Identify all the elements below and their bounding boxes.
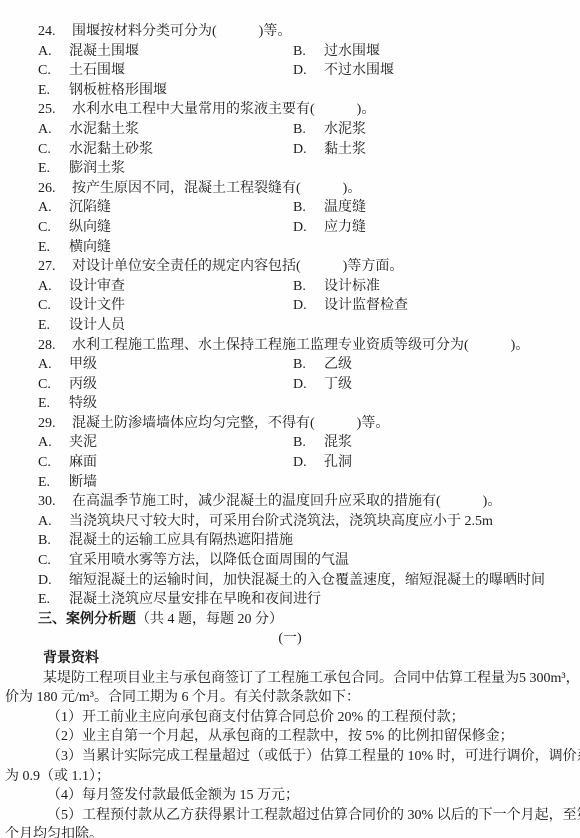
option-text: 沉陷缝 bbox=[69, 200, 111, 215]
option-row: C.麻面D.孔洞 bbox=[0, 453, 580, 473]
option-b: B.混浆 bbox=[293, 433, 352, 453]
option-label: A. bbox=[38, 433, 69, 453]
option-row: A.水泥黏土浆B.水泥浆 bbox=[0, 120, 580, 140]
option-row: A.当浇筑块尺寸较大时，可采用台阶式浇筑法，浇筑块高度应小于 2.5m bbox=[0, 512, 580, 532]
option-text: 过水围堰 bbox=[324, 44, 380, 59]
option-text: 横向缝 bbox=[69, 240, 111, 255]
question-stem: 按产生原因不同，混凝土工程裂缝有( )。 bbox=[72, 181, 361, 196]
option-label: D. bbox=[293, 453, 324, 473]
option-row: C.丙级D.丁级 bbox=[0, 375, 580, 395]
option-row: A.沉陷缝B.温度缝 bbox=[0, 198, 580, 218]
option-e: E.断墙 bbox=[38, 475, 97, 490]
option-text: 温度缝 bbox=[324, 200, 366, 215]
option-text: 缩短混凝土的运输时间，加快混凝土的入仓覆盖速度，缩短混凝土的曝晒时间 bbox=[69, 573, 545, 588]
option-b: B.设计标准 bbox=[293, 277, 380, 297]
option-e: E.横向缝 bbox=[38, 240, 111, 255]
option-row: A.甲级B.乙级 bbox=[0, 355, 580, 375]
option-text: 混浆 bbox=[324, 435, 352, 450]
option-row: C.宜采用喷水雾等方法，以降低仓面周围的气温 bbox=[0, 551, 580, 571]
option-label: E. bbox=[38, 473, 69, 493]
option-e: E.膨润土浆 bbox=[38, 161, 125, 176]
option-e: E.钢板桩格形围堰 bbox=[38, 83, 167, 98]
option-b: B.温度缝 bbox=[293, 198, 366, 218]
option-text: 不过水围堰 bbox=[324, 63, 394, 78]
option-text: 甲级 bbox=[69, 357, 97, 372]
question-number: 24. bbox=[38, 22, 72, 42]
option-d: D.黏土浆 bbox=[293, 140, 366, 160]
option-label: D. bbox=[293, 218, 324, 238]
option-row: E.特级 bbox=[0, 394, 580, 414]
question-number: 28. bbox=[38, 336, 72, 356]
option-label: C. bbox=[38, 218, 69, 238]
option-label: E. bbox=[38, 238, 69, 258]
option-text: 混凝土浇筑应尽量安排在早晚和夜间进行 bbox=[69, 592, 321, 607]
option-text: 水泥浆 bbox=[324, 122, 366, 137]
option-row: A.混凝土围堰B.过水围堰 bbox=[0, 42, 580, 62]
option-label: B. bbox=[293, 433, 324, 453]
option-label: E. bbox=[38, 159, 69, 179]
background-line: （5）工程预付款从乙方获得累计工程款超过估算合同价的 30% 以后的下一个月起，… bbox=[0, 806, 580, 826]
option-label: E. bbox=[38, 316, 69, 336]
option-label: C. bbox=[38, 453, 69, 473]
question-number: 29. bbox=[38, 414, 72, 434]
option-row: C.水泥黏土砂浆D.黏土浆 bbox=[0, 140, 580, 160]
option-row: C.土石围堰D.不过水围堰 bbox=[0, 61, 580, 81]
option-d: D.缩短混凝土的运输时间，加快混凝土的入仓覆盖速度，缩短混凝土的曝晒时间 bbox=[38, 573, 545, 588]
question-stem: 混凝土防渗墙墙体应均匀完整，不得有( )等。 bbox=[72, 416, 389, 431]
question-number: 30. bbox=[38, 492, 72, 512]
option-row: C.设计文件D.设计监督检查 bbox=[0, 296, 580, 316]
question-line: 25.水利水电工程中大量常用的浆液主要有( )。 bbox=[0, 100, 580, 120]
question-number: 25. bbox=[38, 100, 72, 120]
option-text: 水泥黏土砂浆 bbox=[69, 142, 153, 157]
option-e: E.混凝土浇筑应尽量安排在早晚和夜间进行 bbox=[38, 592, 321, 607]
option-text: 混凝土围堰 bbox=[69, 44, 139, 59]
question-line: 29.混凝土防渗墙墙体应均匀完整，不得有( )等。 bbox=[0, 414, 580, 434]
option-text: 黏土浆 bbox=[324, 142, 366, 157]
option-text: 水泥黏土浆 bbox=[69, 122, 139, 137]
question-number: 26. bbox=[38, 179, 72, 199]
question-stem: 在高温季节施工时，减少混凝土的温度回升应采取的措施有( )。 bbox=[72, 494, 501, 509]
option-row: D.缩短混凝土的运输时间，加快混凝土的入仓覆盖速度，缩短混凝土的曝晒时间 bbox=[0, 571, 580, 591]
option-row: E.断墙 bbox=[0, 473, 580, 493]
option-a: A.甲级 bbox=[38, 357, 97, 372]
section-heading: 三、案例分析题（共 4 题，每题 20 分） bbox=[0, 610, 580, 630]
option-row: E.膨润土浆 bbox=[0, 159, 580, 179]
question-stem: 水利工程施工监理、水土保持工程施工监理专业资质等级可分为( )。 bbox=[72, 338, 529, 353]
option-row: A.设计审查B.设计标准 bbox=[0, 277, 580, 297]
option-label: D. bbox=[293, 140, 324, 160]
option-label: B. bbox=[38, 531, 69, 551]
option-row: B.混凝土的运输工应具有隔热遮阳措施 bbox=[0, 531, 580, 551]
option-c: C.土石围堰 bbox=[38, 63, 125, 78]
question-stem: 水利水电工程中大量常用的浆液主要有( )。 bbox=[72, 102, 375, 117]
option-text: 断墙 bbox=[69, 475, 97, 490]
exam-page: 24.围堰按材料分类可分为( )等。A.混凝土围堰B.过水围堰C.土石围堰D.不… bbox=[0, 0, 580, 838]
option-e: E.设计人员 bbox=[38, 318, 125, 333]
option-a: A.夹泥 bbox=[38, 435, 97, 450]
question-line: 26.按产生原因不同，混凝土工程裂缝有( )。 bbox=[0, 179, 580, 199]
question-line: 27.对设计单位安全责任的规定内容包括( )等方面。 bbox=[0, 257, 580, 277]
option-d: D.应力缝 bbox=[293, 218, 366, 238]
option-text: 丙级 bbox=[69, 377, 97, 392]
option-c: C.丙级 bbox=[38, 377, 97, 392]
option-a: A.水泥黏土浆 bbox=[38, 122, 139, 137]
option-row: E.设计人员 bbox=[0, 316, 580, 336]
question-stem: 围堰按材料分类可分为( )等。 bbox=[72, 24, 291, 39]
option-text: 孔洞 bbox=[324, 455, 352, 470]
option-text: 乙级 bbox=[324, 357, 352, 372]
option-text: 设计人员 bbox=[69, 318, 125, 333]
option-label: E. bbox=[38, 394, 69, 414]
background-heading: 背景资料 bbox=[0, 649, 580, 669]
option-label: A. bbox=[38, 277, 69, 297]
option-text: 当浇筑块尺寸较大时，可采用台阶式浇筑法，浇筑块高度应小于 2.5m bbox=[69, 514, 493, 529]
option-label: B. bbox=[293, 277, 324, 297]
option-label: B. bbox=[293, 355, 324, 375]
option-label: B. bbox=[293, 42, 324, 62]
option-row: A.夹泥B.混浆 bbox=[0, 433, 580, 453]
option-text: 混凝土的运输工应具有隔热遮阳措施 bbox=[69, 533, 293, 548]
background-line: 价为 180 元/m³。合同工期为 6 个月。有关付款条款如下： bbox=[0, 688, 580, 708]
option-text: 宜采用喷水雾等方法，以降低仓面周围的气温 bbox=[69, 553, 349, 568]
option-a: A.沉陷缝 bbox=[38, 200, 111, 215]
question-number: 27. bbox=[38, 257, 72, 277]
background-text-block: 某堤防工程项目业主与承包商签订了工程施工承包合同。合同中估算工程量为5 300m… bbox=[0, 669, 580, 838]
background-line: 为 0.9（或 1.1）； bbox=[0, 767, 580, 787]
option-e: E.特级 bbox=[38, 396, 97, 411]
option-label: E. bbox=[38, 590, 69, 610]
option-d: D.丁级 bbox=[293, 375, 352, 395]
option-text: 设计文件 bbox=[69, 298, 125, 313]
option-c: C.麻面 bbox=[38, 455, 97, 470]
option-label: A. bbox=[38, 512, 69, 532]
question-line: 28.水利工程施工监理、水土保持工程施工监理专业资质等级可分为( )。 bbox=[0, 336, 580, 356]
option-text: 丁级 bbox=[324, 377, 352, 392]
option-label: D. bbox=[293, 296, 324, 316]
option-text: 设计监督检查 bbox=[324, 298, 408, 313]
option-c: C.宜采用喷水雾等方法，以降低仓面周围的气温 bbox=[38, 553, 349, 568]
option-label: C. bbox=[38, 296, 69, 316]
option-row: E.横向缝 bbox=[0, 238, 580, 258]
option-label: C. bbox=[38, 375, 69, 395]
option-label: A. bbox=[38, 120, 69, 140]
option-label: C. bbox=[38, 61, 69, 81]
option-text: 膨润土浆 bbox=[69, 161, 125, 176]
option-text: 应力缝 bbox=[324, 220, 366, 235]
section-title: 三、案例分析题 bbox=[38, 612, 136, 627]
background-line: （1）开工前业主应向承包商支付估算合同总价 20% 的工程预付款； bbox=[0, 708, 580, 728]
background-line: （2）业主自第一个月起，从承包商的工程款中，按 5% 的比例扣留保修金； bbox=[0, 727, 580, 747]
question-line: 30.在高温季节施工时，减少混凝土的温度回升应采取的措施有( )。 bbox=[0, 492, 580, 512]
option-label: B. bbox=[293, 120, 324, 140]
background-line: （3）当累计实际完成工程量超过（或低于）估算工程量的 10% 时，可进行调价，调… bbox=[0, 747, 580, 767]
background-line: （4）每月签发付款最低金额为 15 万元； bbox=[0, 786, 580, 806]
option-text: 设计标准 bbox=[324, 279, 380, 294]
option-a: A.当浇筑块尺寸较大时，可采用台阶式浇筑法，浇筑块高度应小于 2.5m bbox=[38, 514, 493, 529]
option-text: 麻面 bbox=[69, 455, 97, 470]
option-c: C.设计文件 bbox=[38, 298, 125, 313]
option-label: D. bbox=[293, 375, 324, 395]
case-number-label: (一) bbox=[0, 629, 580, 649]
option-d: D.孔洞 bbox=[293, 453, 352, 473]
option-label: D. bbox=[293, 61, 324, 81]
option-text: 土石围堰 bbox=[69, 63, 125, 78]
option-label: A. bbox=[38, 42, 69, 62]
option-c: C.水泥黏土砂浆 bbox=[38, 142, 153, 157]
option-text: 钢板桩格形围堰 bbox=[69, 83, 167, 98]
option-row: E.混凝土浇筑应尽量安排在早晚和夜间进行 bbox=[0, 590, 580, 610]
option-label: E. bbox=[38, 81, 69, 101]
option-text: 设计审查 bbox=[69, 279, 125, 294]
option-text: 纵向缝 bbox=[69, 220, 111, 235]
option-b: B.混凝土的运输工应具有隔热遮阳措施 bbox=[38, 533, 293, 548]
option-label: D. bbox=[38, 571, 69, 591]
background-line: 个月均匀扣除。 bbox=[0, 825, 580, 838]
question-stem: 对设计单位安全责任的规定内容包括( )等方面。 bbox=[72, 259, 403, 274]
section-note: （共 4 题，每题 20 分） bbox=[136, 612, 283, 627]
option-row: E.钢板桩格形围堰 bbox=[0, 81, 580, 101]
option-c: C.纵向缝 bbox=[38, 220, 111, 235]
option-b: B.乙级 bbox=[293, 355, 352, 375]
option-b: B.过水围堰 bbox=[293, 42, 380, 62]
option-label: A. bbox=[38, 355, 69, 375]
question-line: 24.围堰按材料分类可分为( )等。 bbox=[0, 22, 580, 42]
option-b: B.水泥浆 bbox=[293, 120, 366, 140]
option-a: A.设计审查 bbox=[38, 279, 125, 294]
option-text: 夹泥 bbox=[69, 435, 97, 450]
background-line: 某堤防工程项目业主与承包商签订了工程施工承包合同。合同中估算工程量为5 300m… bbox=[0, 669, 580, 689]
option-row: C.纵向缝D.应力缝 bbox=[0, 218, 580, 238]
option-a: A.混凝土围堰 bbox=[38, 44, 139, 59]
option-label: C. bbox=[38, 551, 69, 571]
option-d: D.设计监督检查 bbox=[293, 296, 408, 316]
multiple-choice-section: 24.围堰按材料分类可分为( )等。A.混凝土围堰B.过水围堰C.土石围堰D.不… bbox=[0, 22, 580, 610]
option-label: B. bbox=[293, 198, 324, 218]
option-label: A. bbox=[38, 198, 69, 218]
option-text: 特级 bbox=[69, 396, 97, 411]
option-label: C. bbox=[38, 140, 69, 160]
option-d: D.不过水围堰 bbox=[293, 61, 394, 81]
